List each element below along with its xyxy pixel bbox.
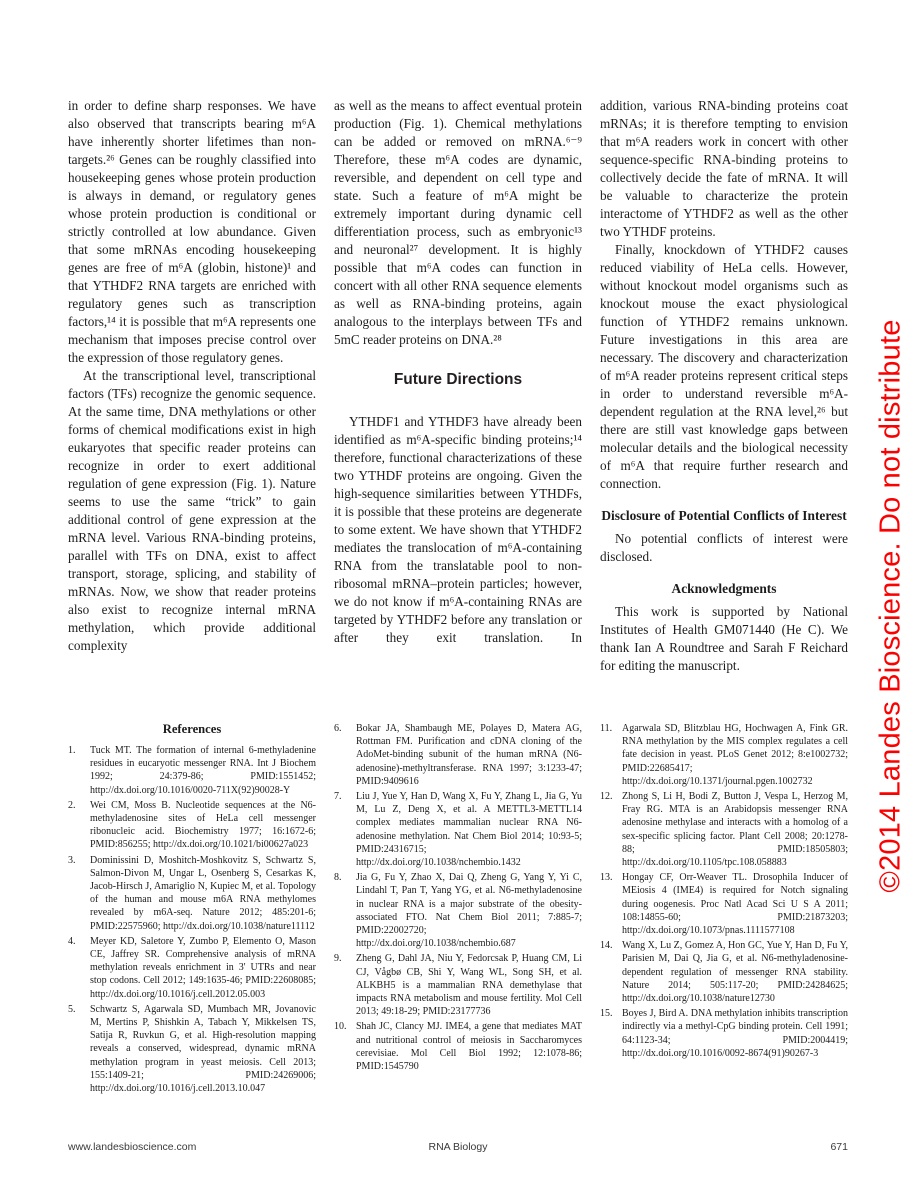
reference-number: 3.	[68, 854, 90, 933]
reference-item: 11. Agarwala SD, Blitzblau HG, Hochwagen…	[600, 722, 848, 788]
reference-item: 5. Schwartz S, Agarwala SD, Mumbach MR, …	[68, 1003, 316, 1095]
reference-text: Shah JC, Clancy MJ. IME4, a gene that me…	[356, 1020, 582, 1073]
reference-text: Wang X, Lu Z, Gomez A, Hon GC, Yue Y, Ha…	[622, 939, 848, 1005]
reference-text: Hongay CF, Orr-Weaver TL. Drosophila Ind…	[622, 871, 848, 937]
paragraph: This work is supported by National Insti…	[600, 603, 848, 675]
reference-number: 13.	[600, 871, 622, 937]
reference-number: 11.	[600, 722, 622, 788]
reference-text: Zheng G, Dahl JA, Niu Y, Fedorcsak P, Hu…	[356, 952, 582, 1018]
paragraph: At the transcriptional level, transcript…	[68, 367, 316, 655]
section-heading-disclosure: Disclosure of Potential Conflicts of Int…	[600, 508, 848, 524]
paragraph: addition, various RNA-binding proteins c…	[600, 97, 848, 241]
paragraph: as well as the means to affect eventual …	[334, 97, 582, 349]
reference-item: 1. Tuck MT. The formation of internal 6-…	[68, 744, 316, 797]
main-column-3: addition, various RNA-binding proteins c…	[600, 97, 848, 709]
reference-item: 9. Zheng G, Dahl JA, Niu Y, Fedorcsak P,…	[334, 952, 582, 1018]
footer-website: www.landesbioscience.com	[68, 1141, 328, 1153]
reference-text: Boyes J, Bird A. DNA methylation inhibit…	[622, 1007, 848, 1060]
section-heading-references: References	[68, 722, 316, 737]
main-text-columns: in order to define sharp responses. We h…	[68, 97, 848, 709]
reference-item: 13. Hongay CF, Orr-Weaver TL. Drosophila…	[600, 871, 848, 937]
reference-text: Schwartz S, Agarwala SD, Mumbach MR, Jov…	[90, 1003, 316, 1095]
reference-item: 14. Wang X, Lu Z, Gomez A, Hon GC, Yue Y…	[600, 939, 848, 1005]
reference-number: 8.	[334, 871, 356, 950]
reference-number: 6.	[334, 722, 356, 788]
reference-item: 10. Shah JC, Clancy MJ. IME4, a gene tha…	[334, 1020, 582, 1073]
references-column-2: 6. Bokar JA, Shambaugh ME, Polayes D, Ma…	[334, 722, 582, 1097]
page-content: in order to define sharp responses. We h…	[68, 97, 848, 1097]
references-column-1: References 1. Tuck MT. The formation of …	[68, 722, 316, 1097]
reference-item: 15. Boyes J, Bird A. DNA methylation inh…	[600, 1007, 848, 1060]
reference-number: 15.	[600, 1007, 622, 1060]
reference-number: 2.	[68, 799, 90, 852]
paragraph: in order to define sharp responses. We h…	[68, 97, 316, 367]
paragraph: YTHDF1 and YTHDF3 have already been iden…	[334, 413, 582, 647]
reference-item: 2. Wei CM, Moss B. Nucleotide sequences …	[68, 799, 316, 852]
reference-text: Wei CM, Moss B. Nucleotide sequences at …	[90, 799, 316, 852]
reference-number: 4.	[68, 935, 90, 1001]
reference-text: Tuck MT. The formation of internal 6-met…	[90, 744, 316, 797]
reference-item: 7. Liu J, Yue Y, Han D, Wang X, Fu Y, Zh…	[334, 790, 582, 869]
main-column-1: in order to define sharp responses. We h…	[68, 97, 316, 709]
footer-page-number: 671	[588, 1141, 848, 1153]
reference-text: Dominissini D, Moshitch-Moshkovitz S, Sc…	[90, 854, 316, 933]
reference-number: 14.	[600, 939, 622, 1005]
reference-item: 4. Meyer KD, Saletore Y, Zumbo P, Elemen…	[68, 935, 316, 1001]
section-heading-acknowledgments: Acknowledgments	[600, 581, 848, 597]
copyright-watermark: ©2014 Landes Bioscience. Do not distribu…	[875, 319, 908, 892]
paragraph: No potential conflicts of interest were …	[600, 530, 848, 566]
reference-text: Meyer KD, Saletore Y, Zumbo P, Elemento …	[90, 935, 316, 1001]
reference-item: 8. Jia G, Fu Y, Zhao X, Dai Q, Zheng G, …	[334, 871, 582, 950]
main-column-2: as well as the means to affect eventual …	[334, 97, 582, 709]
reference-item: 6. Bokar JA, Shambaugh ME, Polayes D, Ma…	[334, 722, 582, 788]
reference-number: 7.	[334, 790, 356, 869]
reference-text: Zhong S, Li H, Bodi Z, Button J, Vespa L…	[622, 790, 848, 869]
reference-text: Jia G, Fu Y, Zhao X, Dai Q, Zheng G, Yan…	[356, 871, 582, 950]
reference-number: 10.	[334, 1020, 356, 1073]
reference-number: 12.	[600, 790, 622, 869]
reference-text: Agarwala SD, Blitzblau HG, Hochwagen A, …	[622, 722, 848, 788]
page-footer: www.landesbioscience.com RNA Biology 671	[68, 1141, 848, 1153]
reference-item: 3. Dominissini D, Moshitch-Moshkovitz S,…	[68, 854, 316, 933]
references-section: References 1. Tuck MT. The formation of …	[68, 722, 848, 1097]
paragraph: Finally, knockdown of YTHDF2 causes redu…	[600, 241, 848, 493]
footer-journal-name: RNA Biology	[328, 1141, 588, 1153]
reference-number: 5.	[68, 1003, 90, 1095]
reference-number: 9.	[334, 952, 356, 1018]
reference-item: 12. Zhong S, Li H, Bodi Z, Button J, Ves…	[600, 790, 848, 869]
reference-number: 1.	[68, 744, 90, 797]
references-column-3: 11. Agarwala SD, Blitzblau HG, Hochwagen…	[600, 722, 848, 1097]
reference-text: Liu J, Yue Y, Han D, Wang X, Fu Y, Zhang…	[356, 790, 582, 869]
reference-text: Bokar JA, Shambaugh ME, Polayes D, Mater…	[356, 722, 582, 788]
section-heading-future-directions: Future Directions	[334, 371, 582, 389]
